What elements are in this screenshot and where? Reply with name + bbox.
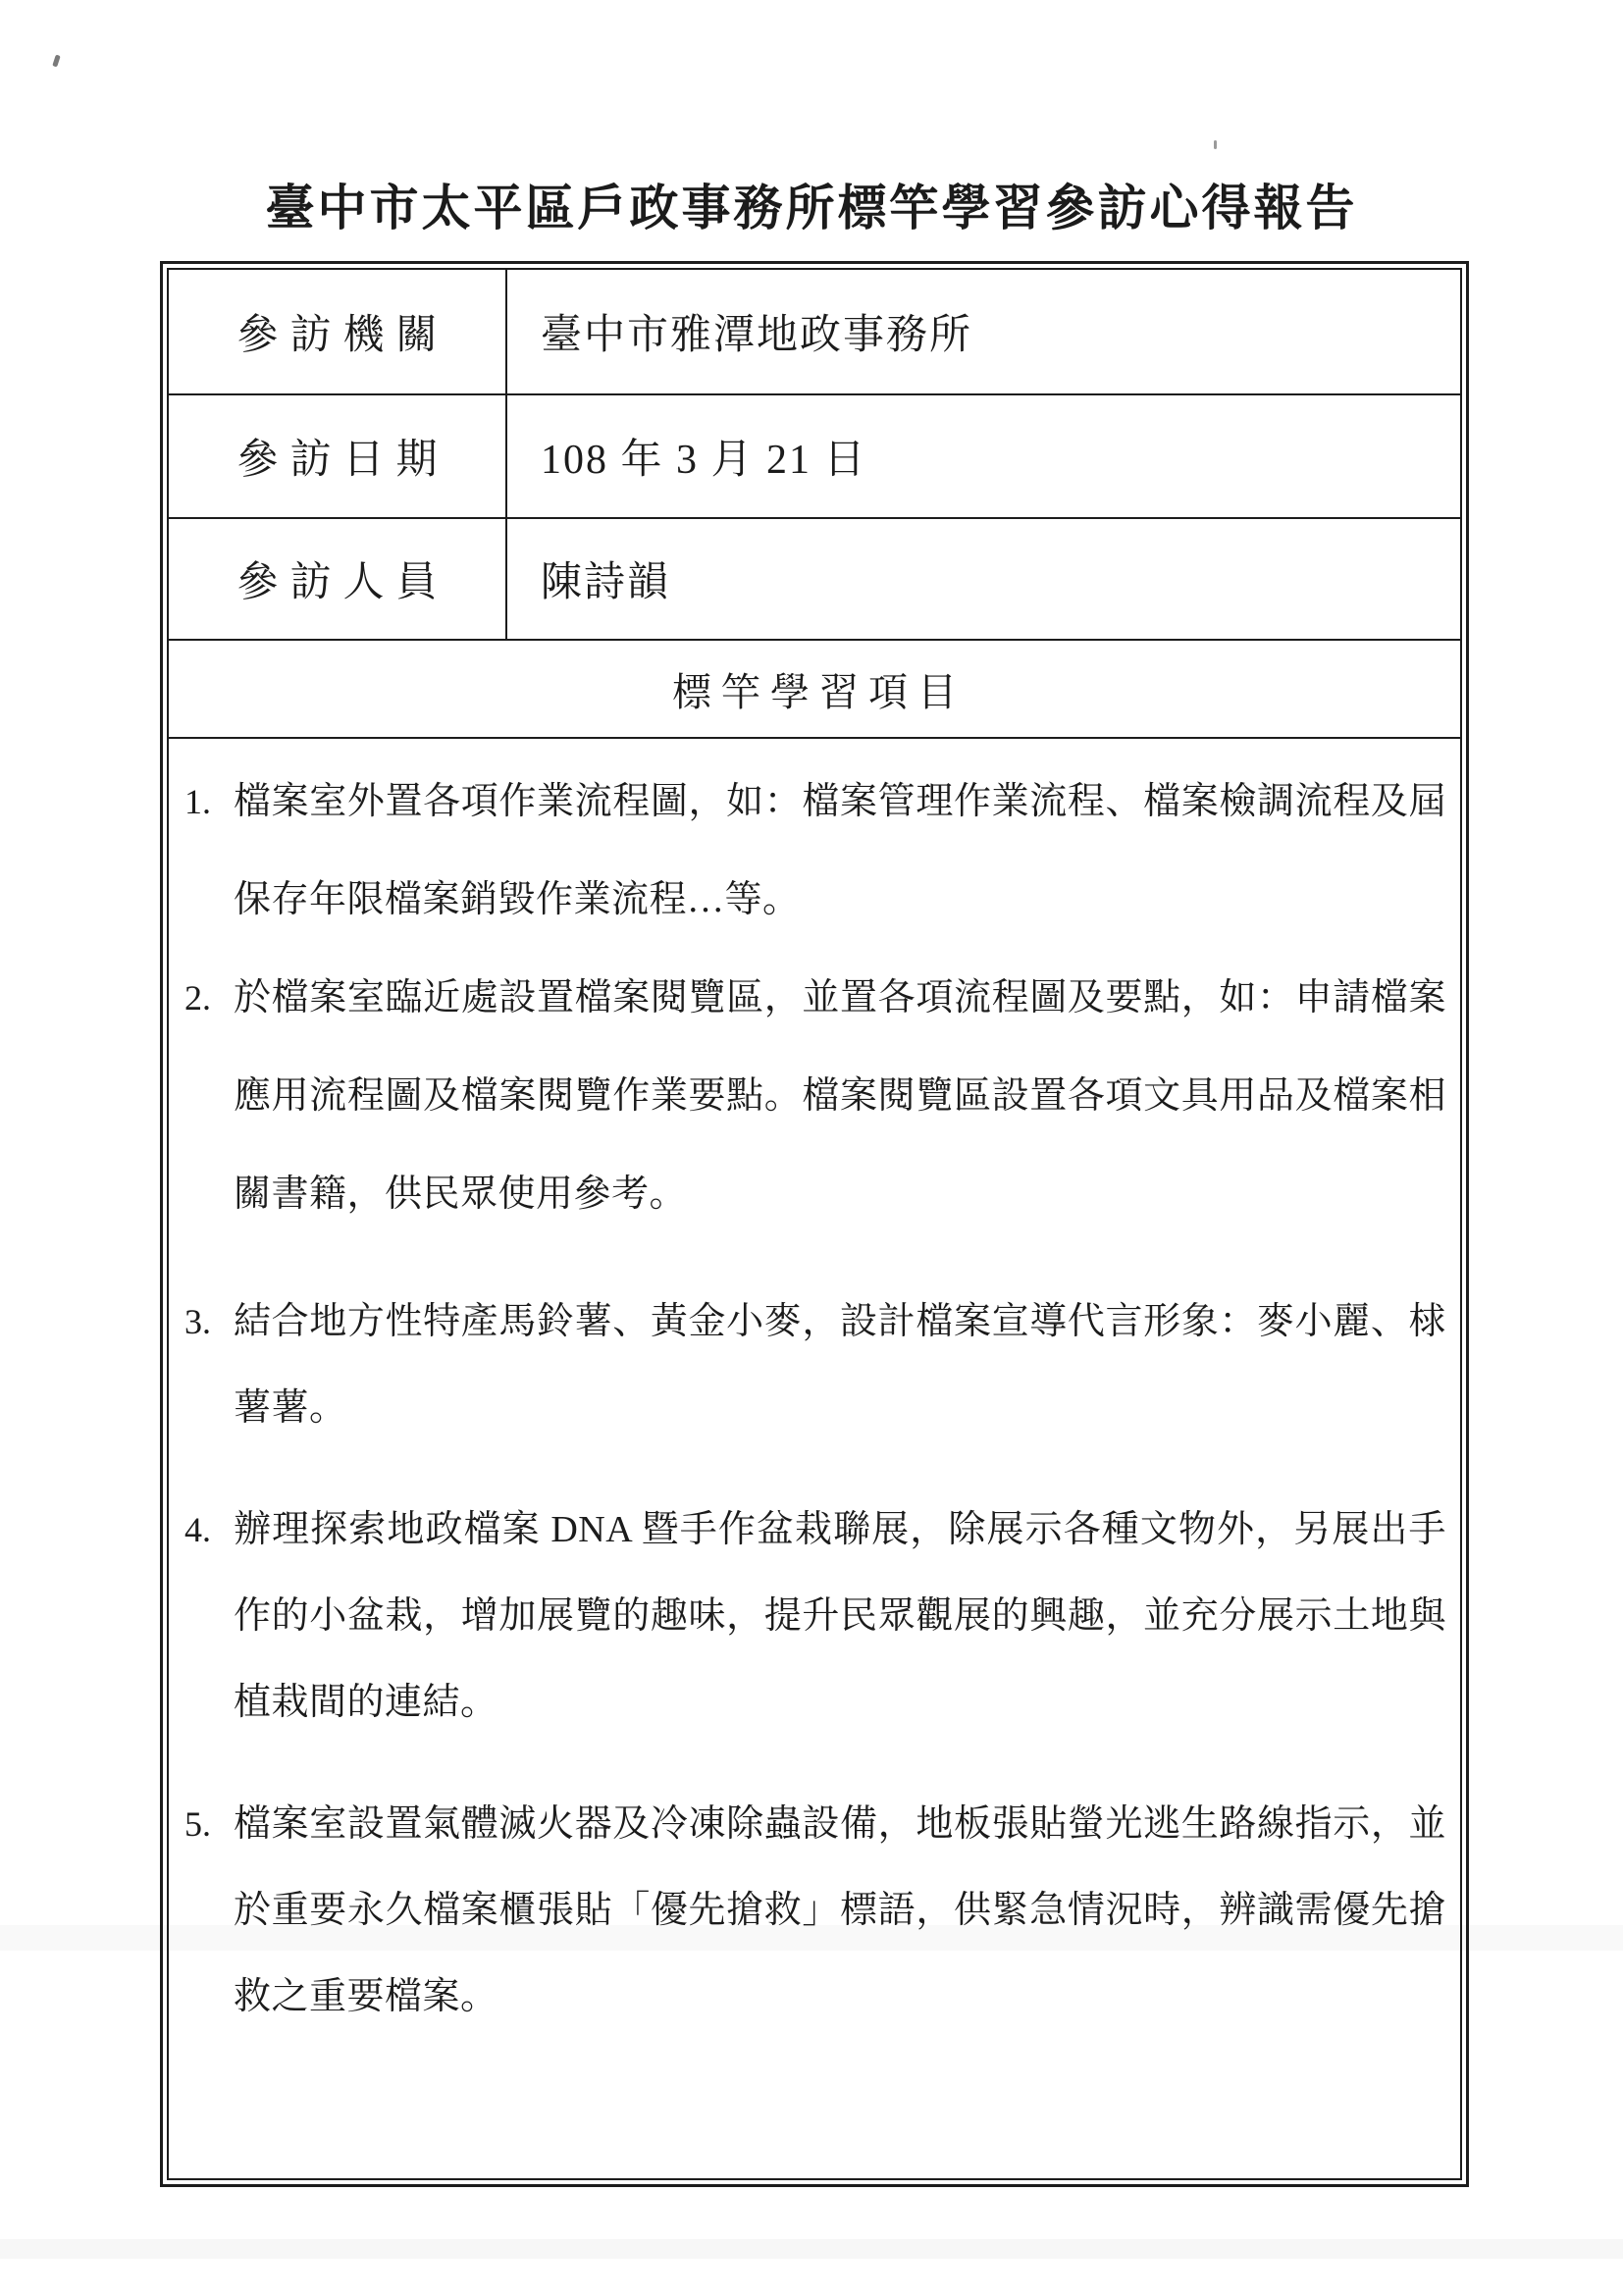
agency-value: 臺中市雅潭地政事務所 <box>507 270 1460 393</box>
document-page: 臺中市太平區戶政事務所標竿學習參訪心得報告 參訪機關 臺中市雅潭地政事務所 參訪… <box>0 0 1623 2296</box>
item-number: 1. <box>184 753 234 949</box>
learning-item-1: 1. 檔案室外置各項作業流程圖，如：檔案管理作業流程、檔案檢調流程及屆保存年限檔… <box>184 753 1446 949</box>
learning-item-4: 4. 辦理探索地政檔案 DNA 暨手作盆栽聯展，除展示各種文物外，另展出手作的小… <box>184 1487 1446 1746</box>
report-table: 參訪機關 臺中市雅潭地政事務所 參訪日期 108 年 3 月 21 日 參訪人員… <box>167 268 1462 2180</box>
item-text: 檔案室外置各項作業流程圖，如：檔案管理作業流程、檔案檢調流程及屆保存年限檔案銷毀… <box>234 753 1446 949</box>
agency-label: 參訪機關 <box>169 270 507 393</box>
visit-date-value: 108 年 3 月 21 日 <box>507 395 1460 517</box>
info-row-date: 參訪日期 108 年 3 月 21 日 <box>169 395 1460 519</box>
learning-item-2: 2. 於檔案室臨近處設置檔案閱覽區，並置各項流程圖及要點，如：申請檔案應用流程圖… <box>184 949 1446 1243</box>
item-number: 5. <box>184 1781 234 2040</box>
learning-item-3: 3. 結合地方性特產馬鈴薯、黃金小麥，設計檔案宣導代言形象：麥小麗、梂薯薯。 <box>184 1278 1446 1451</box>
visitor-value: 陳詩韻 <box>507 519 1460 639</box>
visit-date-label: 參訪日期 <box>169 395 507 517</box>
item-text: 檔案室設置氣體滅火器及冷凍除蟲設備，地板張貼螢光逃生路線指示，並於重要永久檔案櫃… <box>234 1781 1446 2040</box>
scan-artifact <box>52 55 60 68</box>
learning-item-5: 5. 檔案室設置氣體滅火器及冷凍除蟲設備，地板張貼螢光逃生路線指示，並於重要永久… <box>184 1781 1446 2040</box>
learning-items-list: 1. 檔案室外置各項作業流程圖，如：檔案管理作業流程、檔案檢調流程及屆保存年限檔… <box>169 739 1460 2178</box>
report-table-frame: 參訪機關 臺中市雅潭地政事務所 參訪日期 108 年 3 月 21 日 參訪人員… <box>160 261 1469 2187</box>
item-text: 於檔案室臨近處設置檔案閱覽區，並置各項流程圖及要點，如：申請檔案應用流程圖及檔案… <box>234 949 1446 1243</box>
item-number: 2. <box>184 949 234 1243</box>
scan-artifact <box>1214 140 1217 149</box>
item-text: 辦理探索地政檔案 DNA 暨手作盆栽聯展，除展示各種文物外，另展出手作的小盆栽，… <box>234 1487 1446 1746</box>
info-row-visitor: 參訪人員 陳詩韻 <box>169 519 1460 641</box>
page-title: 臺中市太平區戶政事務所標竿學習參訪心得報告 <box>0 169 1623 247</box>
item-number: 3. <box>184 1278 234 1451</box>
visitor-label: 參訪人員 <box>169 519 507 639</box>
info-row-agency: 參訪機關 臺中市雅潭地政事務所 <box>169 270 1460 395</box>
scan-artifact <box>0 2239 1623 2259</box>
item-text: 結合地方性特產馬鈴薯、黃金小麥，設計檔案宣導代言形象：麥小麗、梂薯薯。 <box>234 1278 1446 1451</box>
section-header: 標竿學習項目 <box>169 641 1460 739</box>
item-number: 4. <box>184 1487 234 1746</box>
